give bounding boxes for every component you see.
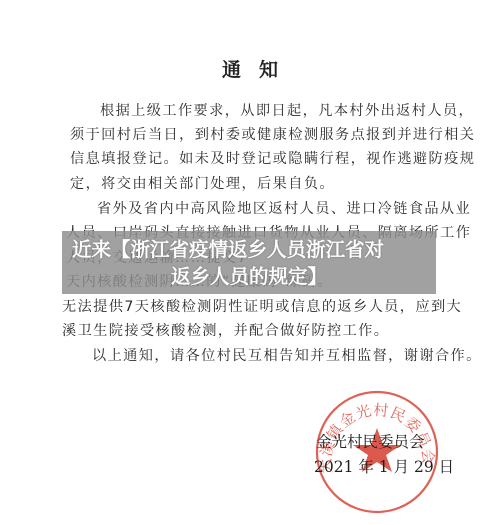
headline-line-1: 近来【浙江省疫情返乡人员浙江省对 (62, 236, 436, 263)
signature-organization: 金光村民委员会 (316, 430, 425, 452)
paragraph-line: 须于回村后当日，到村委或健康检测服务点报到并进行相关 (70, 124, 475, 144)
signature-date: 2021 年 1 月 29 日 (314, 455, 454, 477)
paragraph-line: 定，将交由相关部门处理，后果自负。 (70, 173, 335, 193)
headline-line-2: 返乡人员的规定】 (62, 263, 436, 290)
headline-overlay: 近来【浙江省疫情返乡人员浙江省对 返乡人员的规定】 (62, 231, 436, 290)
paragraph-line: 无法提供7天核酸检测阴性证明或信息的返乡人员，应到大 (62, 296, 462, 316)
official-seal-icon: 大溪镇金光村民委员会 (313, 388, 441, 516)
paragraph-line: 溪卫生院接受核酸检测，并配合做好防控工作。 (62, 320, 389, 340)
document-title: 通知 (0, 55, 500, 82)
paragraph-line: 根据上级工作要求，从即日起，凡本村外出返村人员， (100, 100, 474, 120)
paragraph-line: 省外及省内中高风险地区返村人员、进口冷链食品从业 (97, 198, 471, 218)
paragraph-line: 信息填报登记。如未及时登记或隐瞒行程，视作逃避防疫规 (70, 148, 475, 168)
paragraph-line: 以上通知，请各位村民互相告知并互相监督，谢谢合作。 (92, 345, 482, 365)
